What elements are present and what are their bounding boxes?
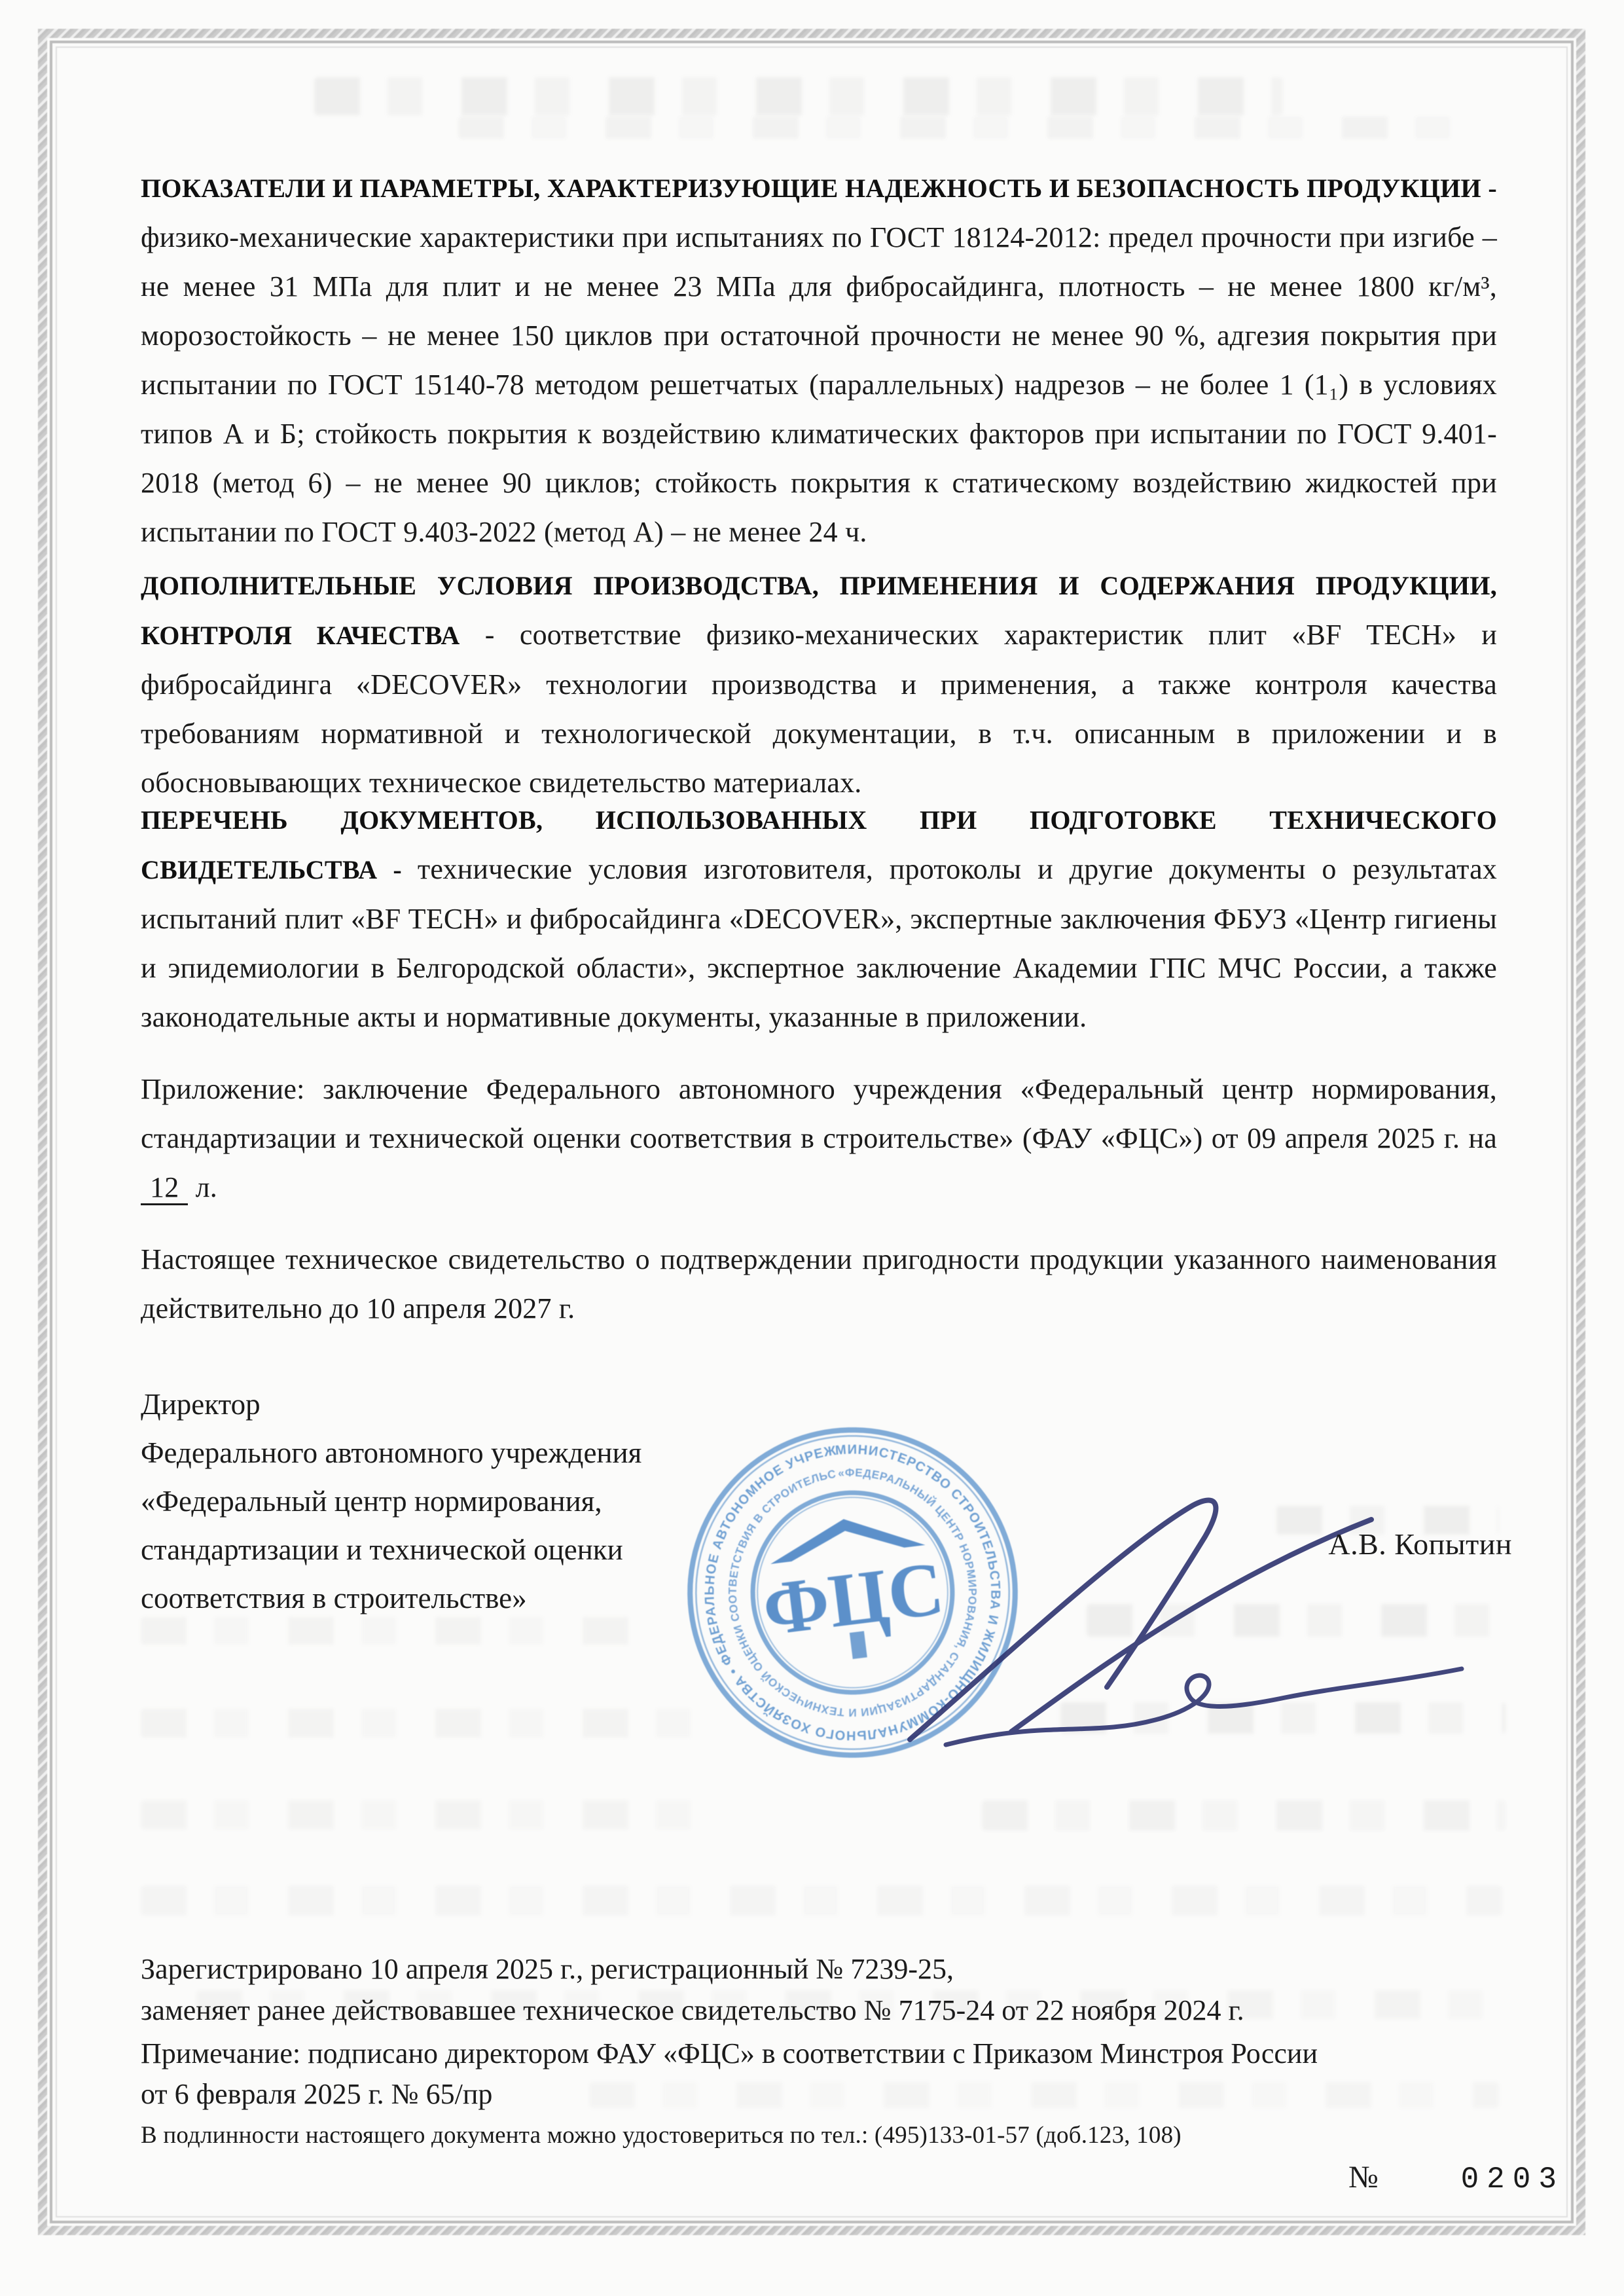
attachment-text: Приложение: заключение Федерального авто… (141, 1073, 1497, 1154)
verification-phone-line: В подлинности настоящего документа можно… (141, 2121, 1319, 2149)
scan-bleedthrough (141, 1800, 730, 1829)
form-number: № 0203 (1348, 2159, 1564, 2196)
scan-bleedthrough (141, 1886, 1502, 1916)
form-number-value: 0203 (1461, 2162, 1564, 2196)
attachment-suffix: л. (188, 1171, 217, 1203)
note-line: Примечание: подписано директором ФАУ «ФЦ… (141, 2033, 1515, 2074)
registration-block: Зарегистрировано 10 апреля 2025 г., реги… (141, 1948, 1515, 2031)
section-additional-conditions: ДОПОЛНИТЕЛЬНЫЕ УСЛОВИЯ ПРОИЗВОДСТВА, ПРИ… (141, 560, 1497, 807)
scan-bleedthrough (314, 77, 1283, 115)
section-heading: ПОКАЗАТЕЛИ И ПАРАМЕТРЫ, ХАРАКТЕРИЗУЮЩИЕ … (141, 173, 1497, 203)
note-line: от 6 февраля 2025 г. № 65/пр (141, 2074, 1515, 2115)
form-number-sign: № (1348, 2159, 1379, 2195)
scan-bleedthrough (141, 1709, 704, 1738)
registration-line: Зарегистрировано 10 апреля 2025 г., реги… (141, 1948, 1515, 1990)
section-reliability-safety: ПОКАЗАТЕЛИ И ПАРАМЕТРЫ, ХАРАКТЕРИЗУЮЩИЕ … (141, 163, 1497, 556)
scan-bleedthrough (458, 117, 1479, 139)
note-block: Примечание: подписано директором ФАУ «ФЦ… (141, 2033, 1515, 2115)
section-documents-list: ПЕРЕЧЕНЬ ДОКУМЕНТОВ, ИСПОЛЬЗОВАННЫХ ПРИ … (141, 795, 1497, 1042)
director-signature (848, 1457, 1542, 1764)
attachment-sheet-count: 12 (141, 1171, 188, 1205)
section-body: физико-механические характеристики при и… (141, 221, 1497, 548)
scan-bleedthrough (982, 1800, 1506, 1831)
validity-paragraph: Настоящее техническое свидетельство о по… (141, 1235, 1497, 1333)
signatory-name: А.В. Копытин (1231, 1527, 1512, 1561)
registration-line: заменяет ранее действовавшее техническое… (141, 1990, 1515, 2031)
attachment-paragraph: Приложение: заключение Федерального авто… (141, 1065, 1497, 1212)
